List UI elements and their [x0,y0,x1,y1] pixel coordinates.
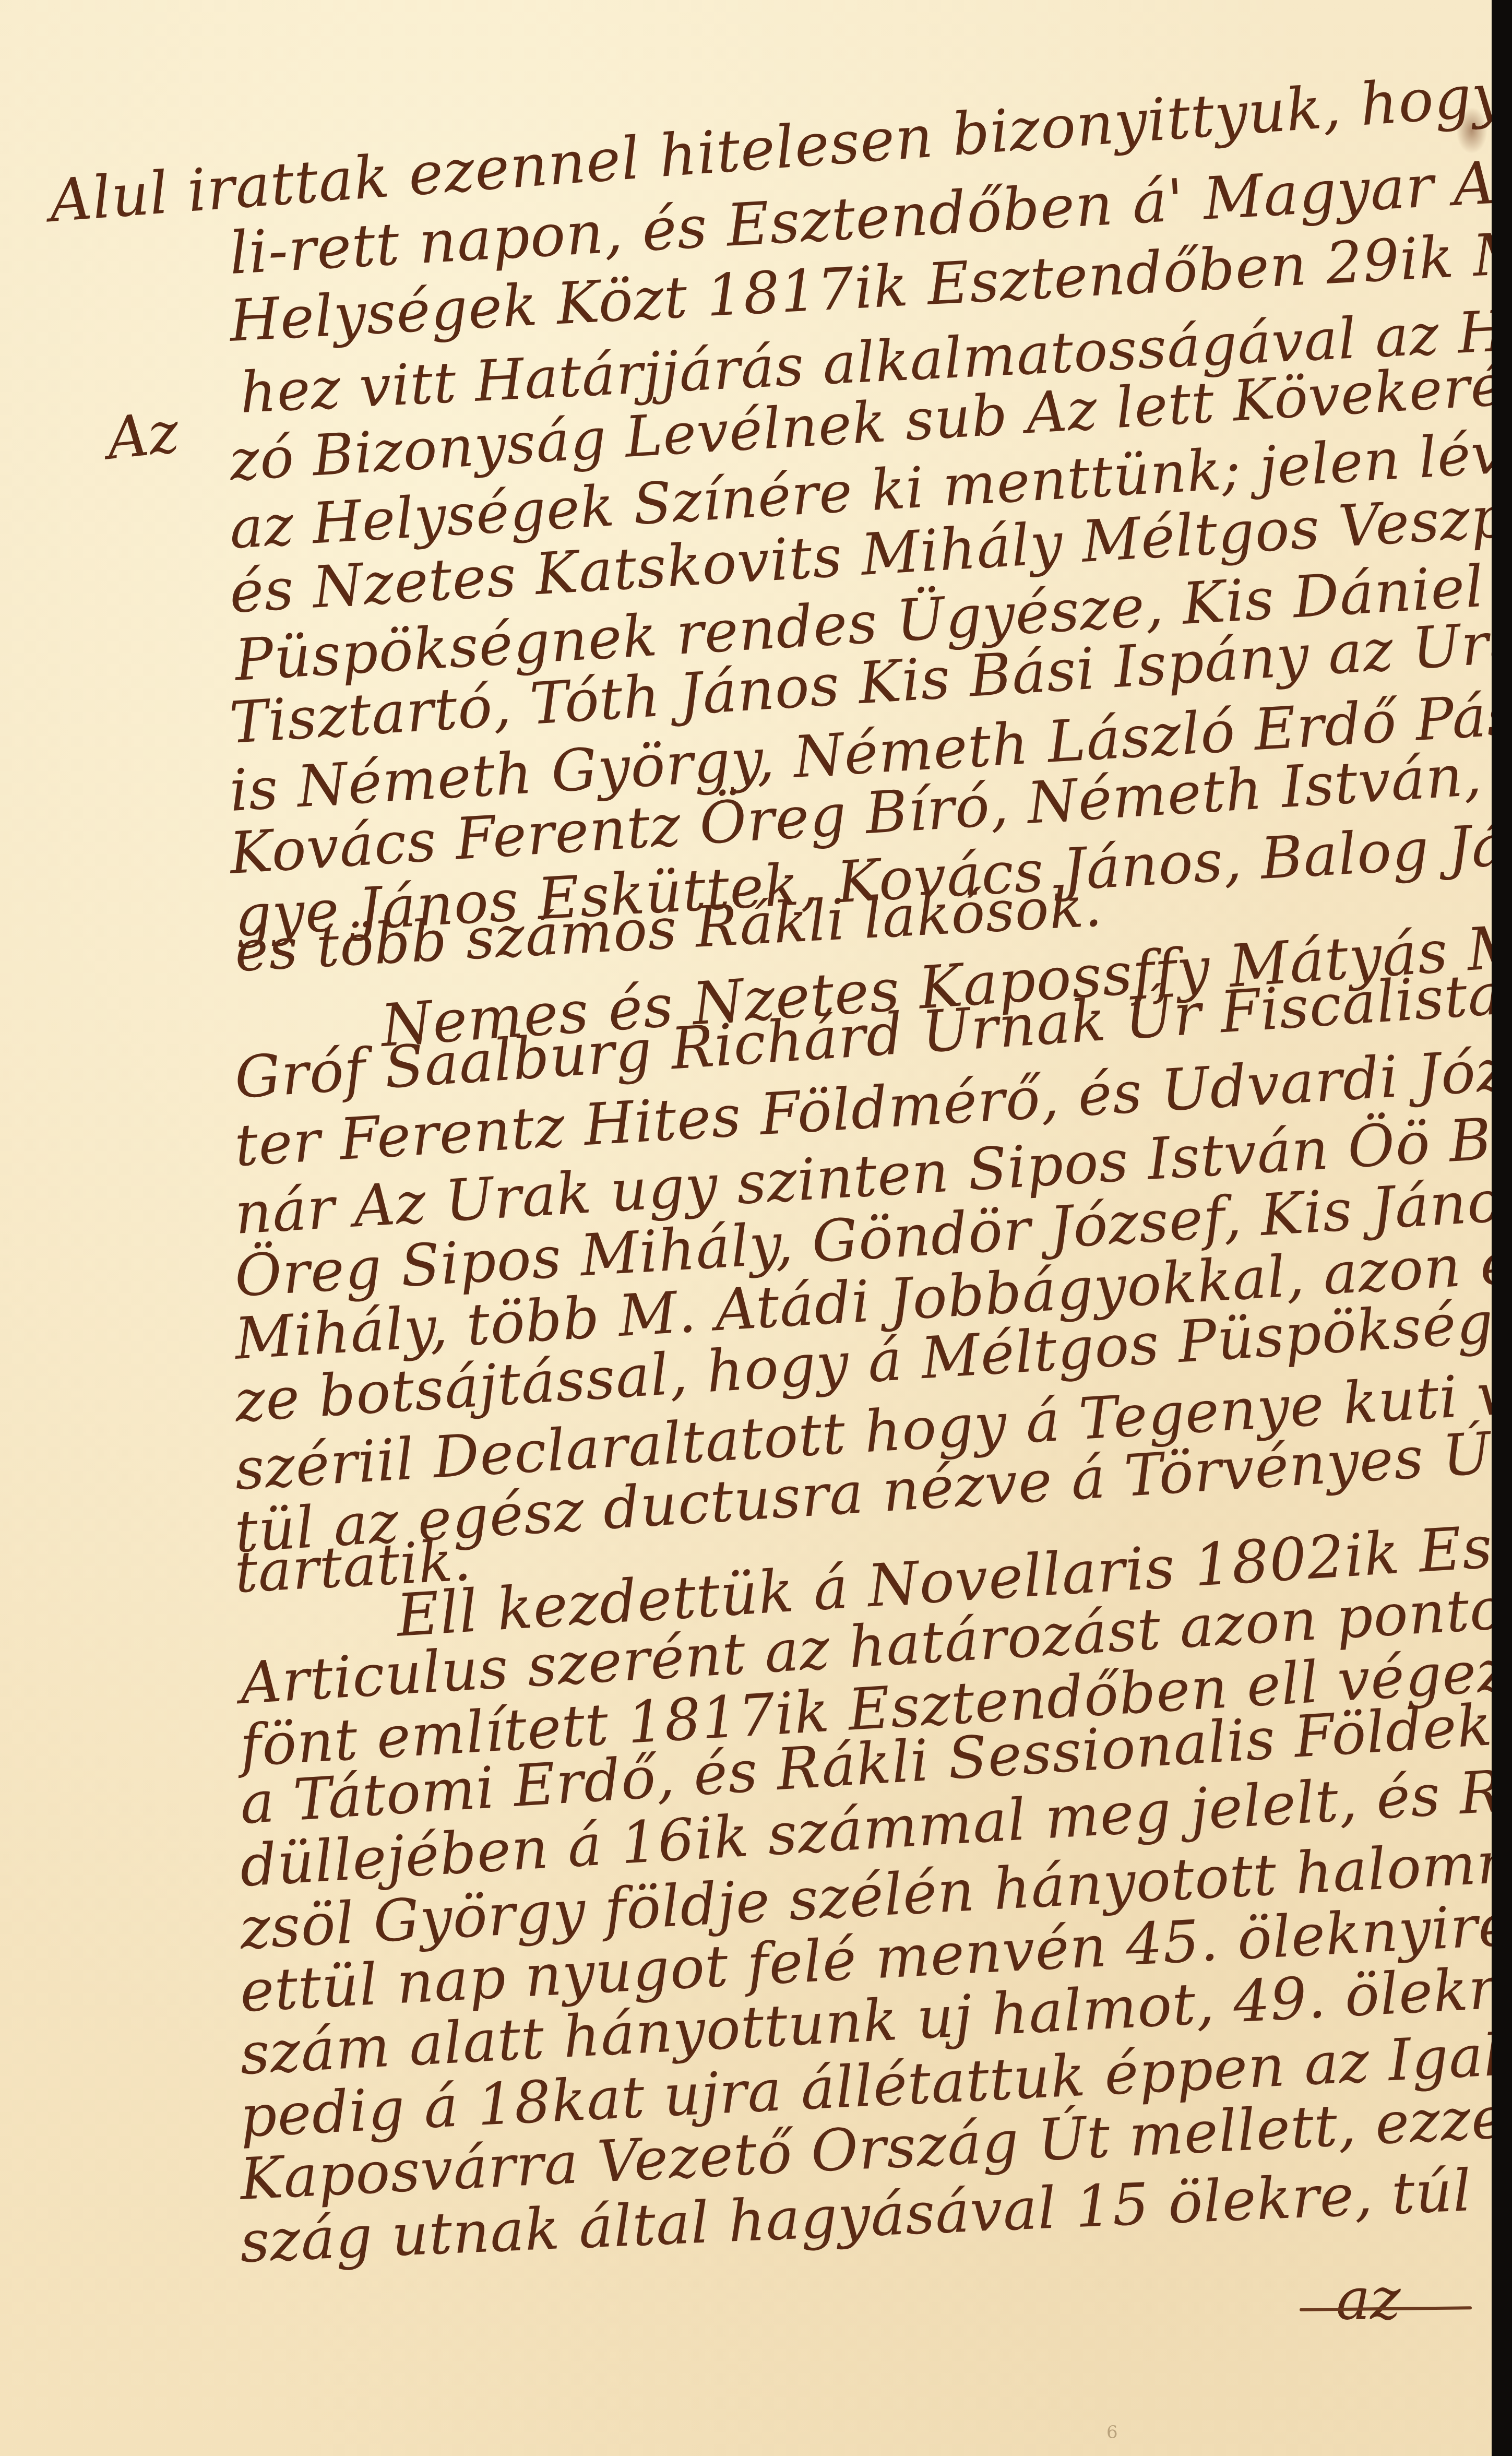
margin-note: Az [104,398,182,472]
manuscript-page: Az Alul irattak ezennel hitelesen bizony… [0,0,1492,2456]
scan-border [1492,0,1512,2456]
page-number: 6 [1106,2422,1118,2443]
catchword: az [1336,2265,1401,2332]
